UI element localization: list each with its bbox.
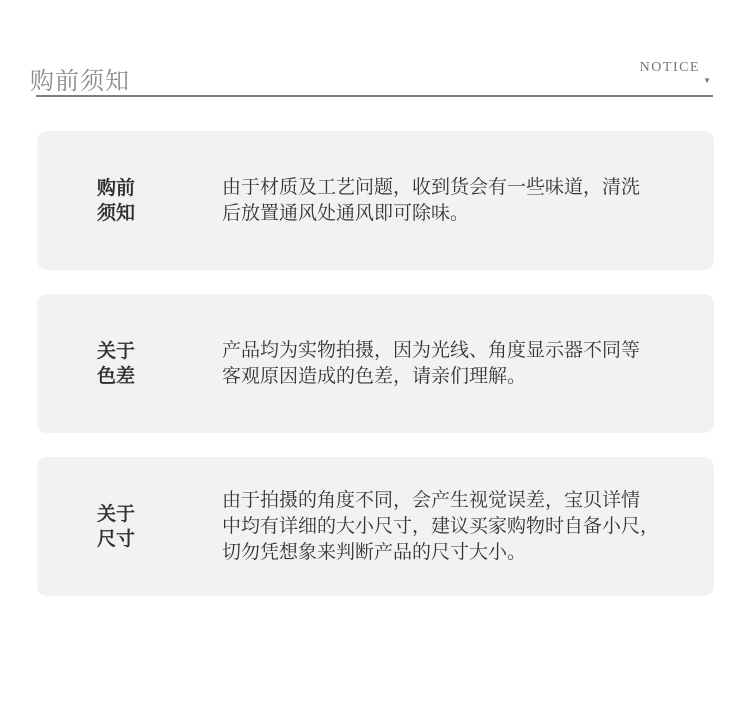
card-body-line: 产品均为实物拍摄，因为光线、角度显示器不同等 [222, 338, 640, 364]
card-body-line: 切勿凭想象来判断产品的尺寸大小。 [222, 540, 659, 566]
pre-purchase-notice-section: 购前须知 NOTICE ▼ 购前 须知 由于材质及工艺问题，收到货会有一些味道，… [0, 0, 750, 715]
card-body: 由于材质及工艺问题，收到货会有一些味道，清洗 后放置通风处通风即可除味。 [222, 175, 640, 227]
notice-card-color: 关于 色差 产品均为实物拍摄，因为光线、角度显示器不同等 客观原因造成的色差，请… [37, 294, 714, 433]
card-label-line: 色差 [97, 364, 222, 389]
card-body: 由于拍摄的角度不同，会产生视觉误差，宝贝详情 中均有详细的大小尺寸，建议买家购物… [222, 488, 659, 566]
card-label: 购前 须知 [97, 176, 222, 226]
card-body-line: 由于拍摄的角度不同，会产生视觉误差，宝贝详情 [222, 488, 659, 514]
card-label-line: 关于 [97, 502, 222, 527]
header-divider [36, 95, 713, 97]
page-title: 购前须知 [30, 61, 130, 96]
card-label-line: 须知 [97, 201, 222, 226]
card-label: 关于 尺寸 [97, 502, 222, 552]
card-body-line: 由于材质及工艺问题，收到货会有一些味道，清洗 [222, 175, 640, 201]
card-label-line: 关于 [97, 339, 222, 364]
card-body-line: 客观原因造成的色差，请亲们理解。 [222, 364, 640, 390]
card-body-line: 中均有详细的大小尺寸，建议买家购物时自备小尺， [222, 514, 659, 540]
card-label: 关于 色差 [97, 339, 222, 389]
chevron-down-icon: ▼ [703, 76, 711, 86]
card-label-line: 购前 [97, 176, 222, 201]
notice-subtitle: NOTICE [640, 60, 700, 76]
card-label-line: 尺寸 [97, 527, 222, 552]
card-body: 产品均为实物拍摄，因为光线、角度显示器不同等 客观原因造成的色差，请亲们理解。 [222, 338, 640, 390]
notice-card-smell: 购前 须知 由于材质及工艺问题，收到货会有一些味道，清洗 后放置通风处通风即可除… [37, 131, 714, 270]
card-body-line: 后放置通风处通风即可除味。 [222, 201, 640, 227]
notice-card-size: 关于 尺寸 由于拍摄的角度不同，会产生视觉误差，宝贝详情 中均有详细的大小尺寸，… [37, 457, 714, 596]
